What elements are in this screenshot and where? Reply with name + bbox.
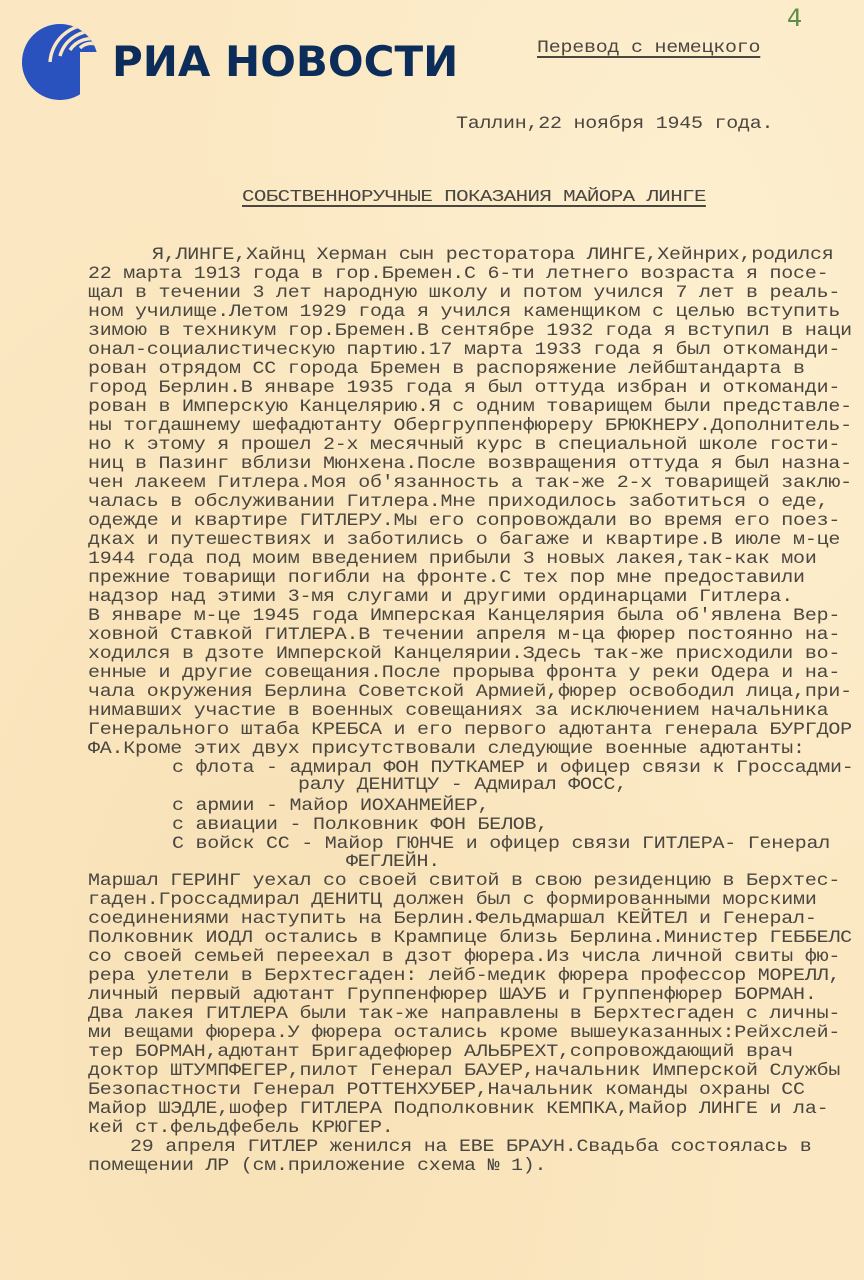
- body-line: Два лакея ГИТЛЕРА были так-же направлены…: [88, 1006, 840, 1024]
- body-line: ходился в дзоте Имперской Канцелярии.Зде…: [88, 646, 840, 664]
- page-number: 4: [787, 4, 802, 32]
- body-line: рован отрядом СС города Бремен в распоря…: [88, 361, 805, 379]
- body-line: ФА.Кроме этих двух присутствовали следую…: [88, 741, 805, 759]
- body-line: ралу ДЕНИТЦУ - Адмирал ФОСС,: [298, 777, 627, 795]
- body-line: чен лакеем Гитлера.Моя об'язанность а та…: [88, 475, 852, 493]
- ria-novosti-logo: РИА НОВОСТИ: [20, 22, 458, 102]
- translation-note: Перевод с немецкого: [537, 40, 760, 58]
- body-line: соединениями наступить на Берлин.Фельдма…: [88, 911, 817, 929]
- body-line: онал-социалистическую партию.17 марта 19…: [88, 342, 840, 360]
- body-line: гаден.Гроссадмирал ДЕНИТЦ должен был с ф…: [88, 892, 817, 910]
- body-line: ны тогдашнему шефадютанту Обергруппенфюр…: [88, 418, 852, 436]
- body-line: 29 апреля ГИТЛЕР женился на ЕВЕ БРАУН.Св…: [130, 1139, 812, 1157]
- body-line: чала окружения Берлина Советской Армией,…: [88, 684, 852, 702]
- document-title: СОБСТВЕННОРУЧНЫЕ ПОКАЗАНИЯ МАЙОРА ЛИНГЕ: [242, 189, 706, 207]
- body-line: чалась в обслуживании Гитлера.Мне приход…: [88, 494, 828, 512]
- place-date: Таллин,22 ноября 1945 года.: [456, 116, 773, 134]
- body-line: енные и другие совещания.После прорыва ф…: [88, 665, 840, 683]
- body-line: ниц в Пазинг вблизи Мюнхена.После возвра…: [88, 456, 852, 474]
- body-line: одежде и квартире ГИТЛЕРУ.Мы его сопрово…: [88, 513, 840, 531]
- body-line: Майор ШЭДЛЕ,шофер ГИТЛЕРА Подполковник К…: [88, 1101, 828, 1119]
- body-line: с армии - Майор ИОХАНМЕЙЕР,: [172, 798, 489, 816]
- body-line: Полковник ИОДЛ остались в Крампице близь…: [88, 930, 852, 948]
- body-line: 1944 года под моим введением прибыли 3 н…: [88, 551, 817, 569]
- body-line: личный первый адютант Группенфюрер ШАУБ …: [88, 987, 817, 1005]
- body-line: кей ст.фельдфебель КРЮГЕР.: [88, 1120, 394, 1138]
- ria-globe-icon: [20, 22, 100, 102]
- body-line: с авиации - Полковник ФОН БЕЛОВ,: [172, 817, 548, 835]
- body-line: прежние товарищи погибли на фронте.С тех…: [88, 570, 805, 588]
- document-page: РИА НОВОСТИ 4 Перевод с немецкого Таллин…: [0, 0, 864, 1280]
- body-line: В январе м-це 1945 года Имперская Канцел…: [88, 608, 840, 626]
- body-line: ном училище.Летом 1929 года я учился кам…: [88, 304, 840, 322]
- body-line: Маршал ГЕРИНГ уехал со своей свитой в св…: [88, 873, 840, 891]
- body-line: надзор над этими 3-мя слугами и другими …: [88, 589, 793, 607]
- body-line: доктор ШТУМПФЕГЕР,пилот Генерал БАУЕР,на…: [88, 1063, 840, 1081]
- body-line: тер БОРМАН,адютант Бригадефюрер АЛЬБРЕХТ…: [88, 1044, 793, 1062]
- body-line: Генерального штаба КРЕБСА и его первого …: [88, 722, 852, 740]
- body-line: зимою в техникум гор.Бремен.В сентябре 1…: [88, 323, 852, 341]
- body-line: рован в Имперскую Канцелярию.Я с одним т…: [88, 399, 852, 417]
- body-line: Безопастности Генерал РОТТЕНХУБЕР,Началь…: [88, 1082, 805, 1100]
- logo-text: РИА НОВОСТИ: [112, 41, 458, 83]
- body-line: Я,ЛИНГЕ,Хайнц Херман сын ресторатора ЛИН…: [152, 247, 834, 265]
- body-line: ФЕГЛЕЙН.: [346, 854, 440, 872]
- body-line: ховной Ставкой ГИТЛЕРА.В течении апреля …: [88, 627, 840, 645]
- body-line: 22 марта 1913 года в гор.Бремен.С 6-ти л…: [88, 266, 828, 284]
- body-line: ми вещами фюрера.У фюрера остались кроме…: [88, 1025, 840, 1043]
- body-line: щал в течении 3 лет народную школу и пот…: [88, 285, 840, 303]
- body-line: дках и путешествиях и заботились о багаж…: [88, 532, 840, 550]
- body-line: рера улетели в Берхтесгаден: лейб-медик …: [88, 968, 840, 986]
- body-line: нимавших участие в военных совещаниях за…: [88, 703, 828, 721]
- body-line: со своей семьей переехал в дзот фюрера.И…: [88, 949, 840, 967]
- body-line: но к этому я прошел 2-х месячный курс в …: [88, 437, 840, 455]
- body-line: город Берлин.В январе 1935 года я был от…: [88, 380, 840, 398]
- body-line: С войск СС - Майор ГЮНЧЕ и офицер связи …: [172, 836, 830, 854]
- body-line: помещении ЛР (см.приложение схема № 1).: [88, 1158, 546, 1176]
